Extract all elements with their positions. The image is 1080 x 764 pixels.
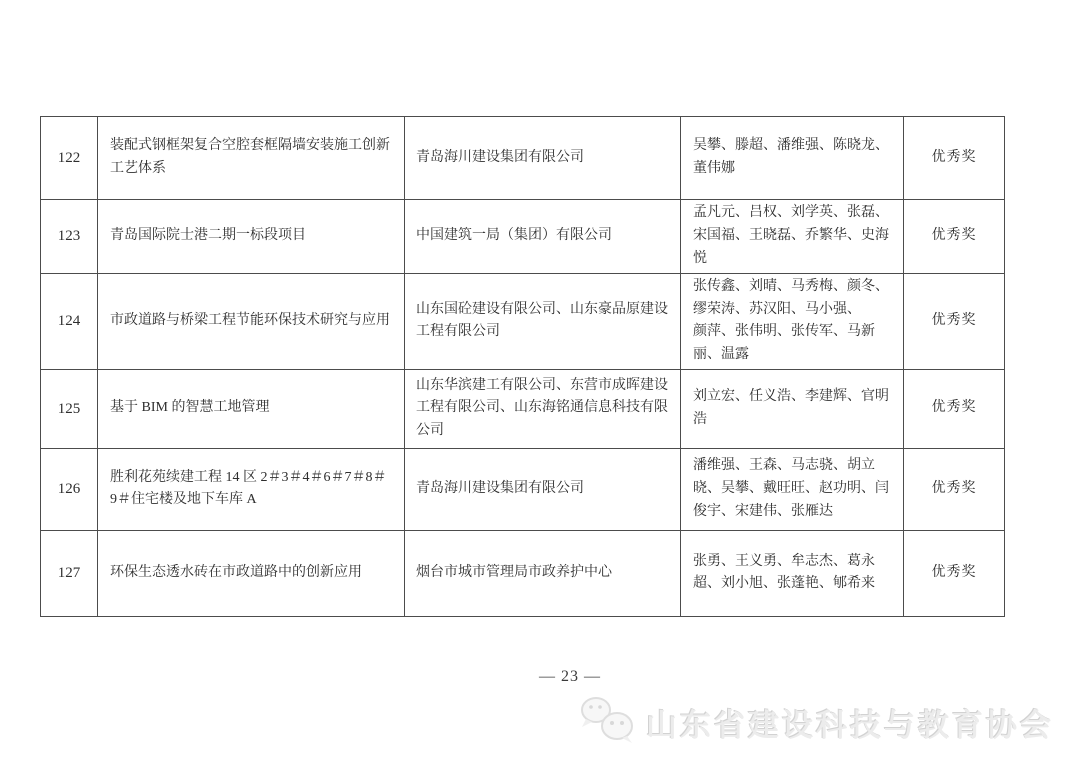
- company-name: 山东华滨建工有限公司、东营市成晖建设工程有限公司、山东海铭通信息科技有限公司: [405, 369, 681, 448]
- row-number: 127: [41, 530, 98, 616]
- table-row: 122 装配式钢框架复合空腔套框隔墙安装施工创新工艺体系 青岛海川建设集团有限公…: [41, 117, 1005, 200]
- association-watermark: 山东省建设科技与教育协会: [576, 690, 1054, 754]
- wechat-icon: [576, 693, 642, 751]
- people-names: 刘立宏、任义浩、李建辉、官明浩: [681, 369, 904, 448]
- association-name: 山东省建设科技与教育协会: [646, 700, 1054, 745]
- award-list-table: 122 装配式钢框架复合空腔套框隔墙安装施工创新工艺体系 青岛海川建设集团有限公…: [40, 116, 1005, 617]
- project-name: 胜利花苑续建工程 14 区 2＃3＃4＃6＃7＃8＃9＃住宅楼及地下车库 A: [98, 448, 405, 530]
- award-level: 优秀奖: [904, 530, 1005, 616]
- company-name: 青岛海川建设集团有限公司: [405, 448, 681, 530]
- row-number: 122: [41, 117, 98, 200]
- people-names: 张勇、王义勇、牟志杰、葛永超、刘小旭、张蓬艳、郇希来: [681, 530, 904, 616]
- row-number: 126: [41, 448, 98, 530]
- project-name: 基于 BIM 的智慧工地管理: [98, 369, 405, 448]
- project-name: 青岛国际院士港二期一标段项目: [98, 200, 405, 274]
- award-level: 优秀奖: [904, 369, 1005, 448]
- project-name: 市政道路与桥梁工程节能环保技术研究与应用: [98, 274, 405, 370]
- company-name: 山东国砼建设有限公司、山东豪品原建设工程有限公司: [405, 274, 681, 370]
- award-level: 优秀奖: [904, 274, 1005, 370]
- company-name: 中国建筑一局（集团）有限公司: [405, 200, 681, 274]
- award-level: 优秀奖: [904, 448, 1005, 530]
- people-names: 孟凡元、吕权、刘学英、张磊、宋国福、王晓磊、乔繁华、史海悦: [681, 200, 904, 274]
- people-names: 潘维强、王森、马志骁、胡立晓、吴攀、戴旺旺、赵功明、闫俊宇、宋建伟、张雁达: [681, 448, 904, 530]
- company-name: 烟台市城市管理局市政养护中心: [405, 530, 681, 616]
- people-names: 吴攀、滕超、潘维强、陈晓龙、董伟娜: [681, 117, 904, 200]
- award-level: 优秀奖: [904, 200, 1005, 274]
- table-row: 123 青岛国际院士港二期一标段项目 中国建筑一局（集团）有限公司 孟凡元、吕权…: [41, 200, 1005, 274]
- row-number: 125: [41, 369, 98, 448]
- table-row: 124 市政道路与桥梁工程节能环保技术研究与应用 山东国砼建设有限公司、山东豪品…: [41, 274, 1005, 370]
- page-number: — 23 —: [470, 668, 670, 686]
- award-level: 优秀奖: [904, 117, 1005, 200]
- project-name: 装配式钢框架复合空腔套框隔墙安装施工创新工艺体系: [98, 117, 405, 200]
- people-names: 张传鑫、刘晴、马秀梅、颜冬、缪荣涛、苏汉阳、马小强、 颜萍、张伟明、张传军、马新…: [681, 274, 904, 370]
- row-number: 124: [41, 274, 98, 370]
- project-name: 环保生态透水砖在市政道路中的创新应用: [98, 530, 405, 616]
- row-number: 123: [41, 200, 98, 274]
- table-row: 125 基于 BIM 的智慧工地管理 山东华滨建工有限公司、东营市成晖建设工程有…: [41, 369, 1005, 448]
- table-row: 127 环保生态透水砖在市政道路中的创新应用 烟台市城市管理局市政养护中心 张勇…: [41, 530, 1005, 616]
- table-row: 126 胜利花苑续建工程 14 区 2＃3＃4＃6＃7＃8＃9＃住宅楼及地下车库…: [41, 448, 1005, 530]
- company-name: 青岛海川建设集团有限公司: [405, 117, 681, 200]
